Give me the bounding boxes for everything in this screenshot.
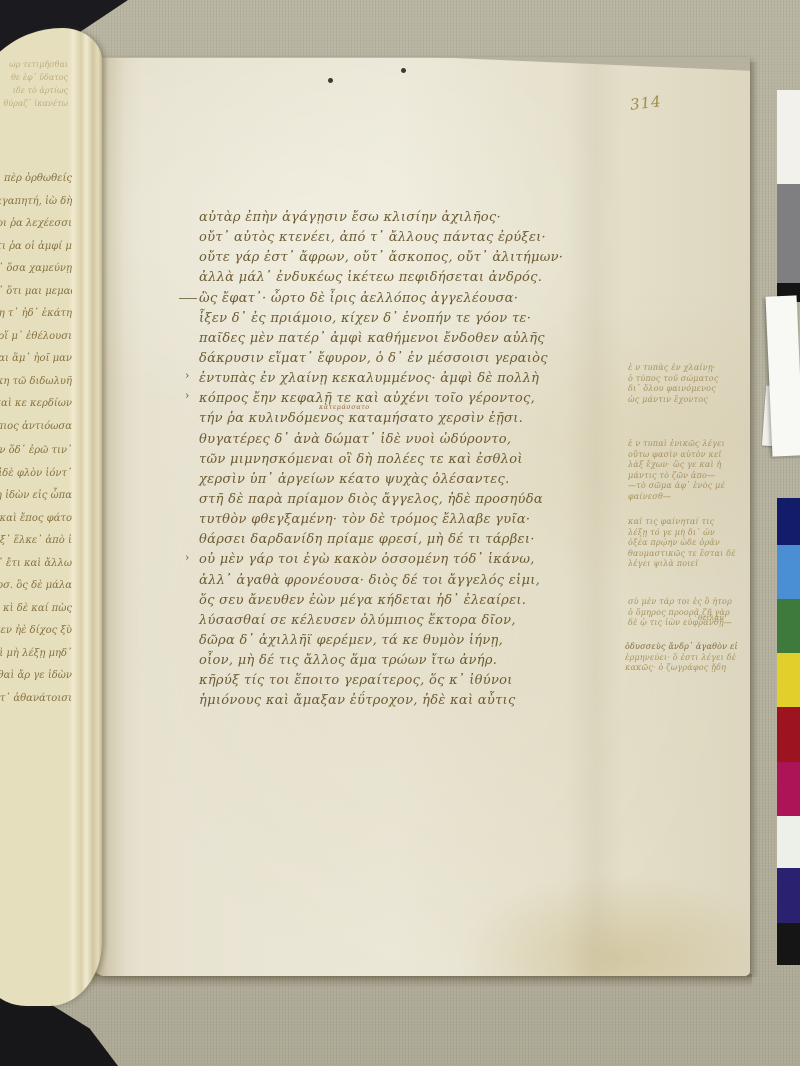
text-line: κῆρύξ τίς τοι ἕποιτο γεραίτερος, ὅς κ᾽ ἰ…	[199, 671, 639, 691]
manuscript-photograph: 314 › › › κατεμάσσατο αὐτὰρ ἐπὴν ἀγάγῃσι…	[0, 0, 800, 1066]
text-line: ἐντυπὰς ἐν χλαίνῃ κεκαλυμμένος· ἀμφὶ δὲ …	[199, 369, 639, 389]
verso-fragment: ιδε τὸ ἀρτίως	[0, 84, 68, 97]
interlinear-gloss: κατεμάσσατο	[319, 403, 370, 411]
scholion-line: θαυμαστικῶς τε ἔσται δὲ	[628, 549, 750, 560]
scholion-block: ὀδυσσεὺς ἄνδρ᾽ ἀγαθὸν εἶ ἑρμηνεύει· ὅ ἐσ…	[625, 642, 747, 674]
text-line: ἡμιόνους καὶ ἄμαξαν ἐΰτροχον, ἠδὲ καὶ αὖ…	[199, 691, 639, 711]
verso-fragment: θαι ἅμ᾽ ἠοῖ μαν	[0, 348, 72, 371]
scholion-line: ὀξέα πρῴην ὧδε ὁρᾶν	[628, 538, 750, 549]
verso-fragment: ωρ τετιμῆσθαι	[0, 58, 68, 71]
verso-fragment: μνημ᾽ ἔτι καὶ ἄλλω	[0, 553, 72, 576]
verso-fragment: θε ἐφ᾽ ὕδατος	[0, 71, 68, 84]
scholion-line: ὁ ὅμηρος προορᾷ ζῇ γὰρ	[628, 608, 750, 619]
verso-fragment: φαὶ μὴ λέξῃ μηδ᾽	[0, 643, 72, 666]
scholion-line: σὺ μὲν τάρ τοι ἐς ὃ ἦτορ	[628, 597, 750, 608]
text-line: παῖδες μὲν πατέρ᾽ ἀμφὶ καθήμενοι ἔνδοθεν…	[199, 329, 639, 349]
scholion-line: φαίνεσθ—	[628, 492, 750, 503]
color-patch-navy	[777, 498, 800, 545]
verso-fragment: αι μοι ῥα λεχέεσσι	[0, 213, 72, 236]
text-line: ὅς σευ ἄνευθεν ἐὼν μέγα κήδεται ἠδ᾽ ἐλεα…	[199, 591, 639, 611]
scholion-line: λέξῃ τό γε μὴ δι᾽ ὧν	[628, 528, 750, 539]
text-line: θάρσει δαρδανίδη πρίαμε φρεσί, μὴ δέ τι …	[199, 530, 639, 550]
verso-fragment: ου, κὶ δὲ καί πὼς	[0, 598, 72, 621]
text-line: ἀλλ᾽ ἀγαθὰ φρονέουσα· διὸς δέ τοι ἄγγελό…	[199, 571, 639, 591]
verso-line-endings-lower: τῶν ὅδ᾽ ἐρῶ τιν᾽ ἰδὲ φλὸν ἰόντ᾽ ῥη ἰδὼν …	[0, 440, 72, 710]
text-line: τυτθὸν φθεγξαμένη· τὸν δὲ τρόμος ἔλλαβε …	[199, 510, 639, 530]
verso-faded-block: ωρ τετιμῆσθαι θε ἐφ᾽ ὕδατος ιδε τὸ ἀρτίω…	[0, 58, 68, 110]
color-patch-white-2	[777, 816, 800, 868]
text-line: ἷξεν δ᾽ ἐς πριάμοιο, κίχεν δ᾽ ἐνοπήν τε …	[199, 309, 639, 329]
text-line: λύσασθαί σε κέλευσεν ὀλύμπιος ἕκτορα δῖο…	[199, 611, 639, 631]
verso-fragment: λύμπιος ἀντιόωσα	[0, 416, 72, 439]
scholion-line: λὰξ ἔχων· ὥς γε καὶ ἡ	[628, 460, 750, 471]
color-patch-gray	[777, 184, 800, 283]
verso-fragment: αι οἵ μ᾽ ἐθέλουσι	[0, 326, 72, 349]
verso-fragment: ον, ὅτι ῥα οἱ ἀμφί μ᾽	[0, 236, 72, 259]
verso-fragment: προσ. ὃς δὲ μάλα	[0, 575, 72, 598]
text-line: κόπρος ἔην κεφαλῇ τε καὶ αὐχένι τοῖο γέρ…	[199, 389, 639, 409]
verso-line-endings-upper: κεὶ πὲρ ὀρθωθείς θαι· ἀγαπητή, ἰὼ δὴ αι …	[0, 168, 72, 438]
scholion-line: οὕτω φασὶν αὐτὸν κεῖ	[628, 450, 750, 461]
scholion-line: ὀδυσσεὺς ἄνδρ᾽ ἀγαθὸν εἶ	[625, 642, 747, 653]
scholion-block: σὺ μὲν τάρ τοι ἐς ὃ ἦτορ ὁ ὅμηρος προορᾷ…	[628, 597, 750, 629]
color-patch-red	[777, 707, 800, 762]
text-line: ἀλλὰ μάλ᾽ ἐνδυκέως ἱκέτεω πεφιδήσεται ἀν…	[199, 268, 639, 288]
text-line: οἶον, μὴ δέ τις ἄλλος ἅμα τρώων ἴτω ἀνήρ…	[199, 651, 639, 671]
wormhole-dot	[328, 78, 333, 83]
folio-number: 314	[629, 92, 663, 114]
page-bottom-shadow	[92, 974, 752, 988]
text-line: ὣς ἔφατ᾽· ὦρτο δὲ ἶρις ἀελλόπος ἀγγελέου…	[199, 289, 639, 309]
color-patch-black-2	[777, 923, 800, 965]
verso-fragment: δ᾽ ὅσα χαμεύνῃ	[0, 258, 72, 281]
color-patch-magenta	[777, 762, 800, 816]
verso-fragment: ρανίη τ᾽ ἠδ᾽ ἑκάτη	[0, 303, 72, 326]
text-line: χερσὶν ὑπ᾽ ἀργείων κέατο ψυχὰς ὀλέσαντες…	[199, 470, 639, 490]
verso-fragment: θύραζ᾽ ἱκανέτω	[0, 97, 68, 110]
text-line: οὐ μὲν γάρ τοι ἐγὼ κακὸν ὀσσομένη τόδ᾽ ἱ…	[199, 550, 639, 570]
text-line: δῶρα δ᾽ ἀχιλλῆϊ φερέμεν, τά κε θυμὸν ἰήν…	[199, 631, 639, 651]
scholion-block: ἐ ν τυπὰς ἐν χλαίνῃ· ὁ τύπος τοῦ σώματος…	[628, 363, 750, 405]
scholion-line: ἐ ν τυπὰς ἐν χλαίνῃ·	[628, 363, 750, 374]
scholion-line: ἑρμηνεύει· ὅ ἐστι λέγει δὲ	[625, 653, 747, 664]
scholion-line: ὁ τύπος τοῦ σώματος	[628, 374, 750, 385]
shelf-number-card: 3141	[766, 295, 800, 456]
scholion-line: μάντις τὸ ζῶν ἀπο—	[628, 471, 750, 482]
verso-fragment: τ᾽ ἔφ᾽ ὅτι μαι μεμαῶτα	[0, 281, 72, 304]
diple-mark: ›	[185, 389, 189, 402]
manuscript-page: 314 › › › κατεμάσσατο αὐτὰρ ἐπὴν ἀγάγῃσι…	[95, 57, 750, 976]
verso-fragment: ου, καὶ κε κερδίων	[0, 393, 72, 416]
scholion-line: δι᾽ ὅλου φαινόμενος	[628, 384, 750, 395]
previous-page-edge: ωρ τετιμῆσθαι θε ἐφ᾽ ὕδατος ιδε τὸ ἀρτίω…	[0, 28, 102, 1006]
color-patch-indigo	[777, 868, 800, 923]
verso-fragment: ἰδὲ φλὸν ἰόντ᾽	[0, 463, 72, 486]
text-line: στῆ δὲ παρὰ πρίαμον διὸς ἄγγελος, ἠδὲ πρ…	[199, 490, 639, 510]
scholion-line: λέγει ψιλὰ ποιεῖ	[628, 559, 750, 570]
color-patch-light-blue	[777, 545, 800, 599]
scholion-line: ἐ ν τυπαὶ ἑνικῶς λέγει	[628, 439, 750, 450]
scholion-block: ἐ ν τυπαὶ ἑνικῶς λέγει οὕτω φασὶν αὐτὸν …	[628, 439, 750, 502]
diple-mark: ›	[185, 551, 189, 564]
text-line: οὔτε γάρ ἐστ᾽ ἄφρων, οὔτ᾽ ἄσκοπος, οὔτ᾽ …	[199, 248, 639, 268]
marginal-note: θεῖλαν	[698, 613, 724, 622]
main-text-block: › › › κατεμάσσατο αὐτὰρ ἐπὴν ἀγάγῃσιν ἔσ…	[199, 208, 639, 712]
scholion-line: καί τις φαίνηταί τις	[628, 517, 750, 528]
color-patch-white	[777, 90, 800, 184]
text-line: τήν ῥα κυλινδόμενος καταμήσατο χερσὶν ἑῇ…	[199, 409, 639, 429]
color-patch-green	[777, 599, 800, 653]
verso-fragment: λίζετ᾽ ἀθανάτοισι	[0, 688, 72, 711]
verso-fragment: κεὶ πὲρ ὀρθωθείς	[0, 168, 72, 191]
wormhole-dot	[401, 68, 406, 73]
text-line: θυγατέρες δ᾽ ἀνὰ δώματ᾽ ἰδὲ νυοὶ ὠδύροντ…	[199, 430, 639, 450]
verso-fragment: ιε· τάξ᾽ ἕλκε᾽ ἀπὸ ἰλίου	[0, 530, 72, 553]
color-patch-yellow	[777, 653, 800, 707]
scholion-block: καί τις φαίνηταί τις λέξῃ τό γε μὴ δι᾽ ὧ…	[628, 517, 750, 570]
text-line: τῶν μιμνησκόμεναι οἳ δὴ πολέες τε καὶ ἐσ…	[199, 450, 639, 470]
text-line: οὔτ᾽ αὐτὸς κτενέει, ἀπό τ᾽ ἄλλους πάντας…	[199, 228, 639, 248]
verso-fragment: θαι· ἀγαπητή, ἰὼ δὴ	[0, 191, 72, 214]
verso-fragment: τῶν ὅδ᾽ ἐρῶ τιν᾽	[0, 440, 72, 463]
scholion-line: κακῶς· ὁ ζωγράφος ᾔδη	[625, 663, 747, 674]
text-line: αὐτὰρ ἐπὴν ἀγάγῃσιν ἔσω κλισίην ἀχιλῆος·	[199, 208, 639, 228]
text-line: δάκρυσιν εἵματ᾽ ἔφυρον, ὁ δ᾽ ἐν μέσσοισι…	[199, 349, 639, 369]
scholion-line: ὡς μάντιν ἔχοντος	[628, 395, 750, 406]
verso-fragment: ῥη ἰδὼν εἰς ὦπα	[0, 485, 72, 508]
scholion-line: δὲ ᾧ τις ἰὼν εὐφρανθῇ—	[628, 618, 750, 629]
verso-fragment: κεν ἠὲ δίχος ξὺ	[0, 620, 72, 643]
verso-fragment: τὸν καὶ ἔπος φάτο	[0, 508, 72, 531]
paragraphos-mark	[179, 298, 197, 299]
verso-fragment: ω λικη τῶ διδωλυῆ	[0, 371, 72, 394]
scholion-line: —τὸ σῶμα ἀφ᾽ ἑνὸς μέ	[628, 481, 750, 492]
verso-fragment: θαὶ ἄρ γε ἰδὼν	[0, 665, 72, 688]
diple-mark: ›	[185, 369, 189, 382]
